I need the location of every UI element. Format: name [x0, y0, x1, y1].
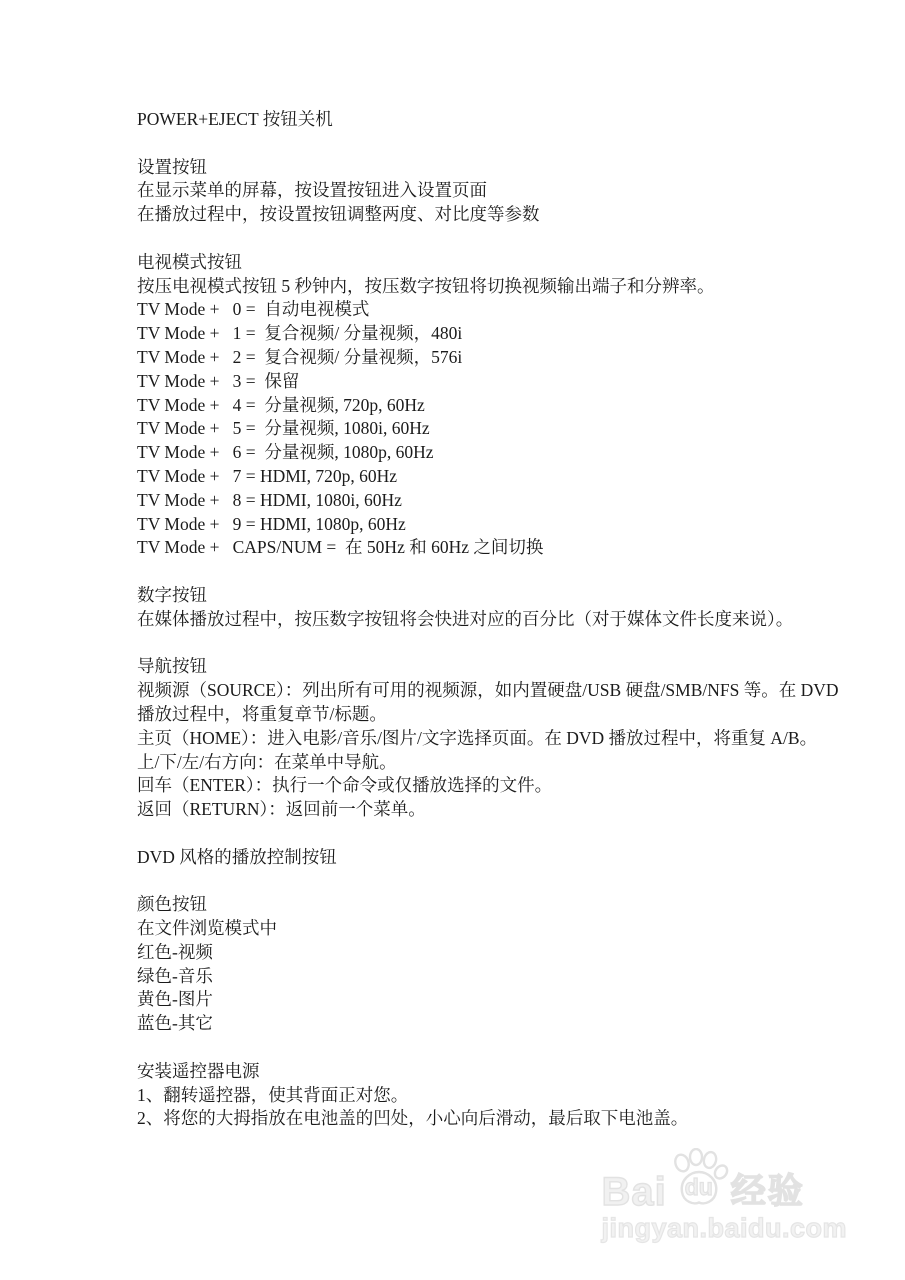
- text-line: 在显示菜单的屏幕，按设置按钮进入设置页面: [137, 179, 839, 203]
- text-line: POWER+EJECT 按钮关机: [137, 108, 839, 132]
- text-line: 电视模式按钮: [137, 251, 839, 275]
- text-line: TV Mode + 1 = 复合视频/ 分量视频，480i: [137, 322, 839, 346]
- watermark-bai-text: Bai: [601, 1174, 666, 1210]
- text-line: 绿色-音乐: [137, 965, 839, 989]
- text-line: TV Mode + 5 = 分量视频, 1080i, 60Hz: [137, 417, 839, 441]
- text-line: 在播放过程中，按设置按钮调整两度、对比度等参数: [137, 203, 839, 227]
- text-line: TV Mode + 4 = 分量视频, 720p, 60Hz: [137, 394, 839, 418]
- baidu-jingyan-watermark: Bai du 经验 jingyan.baidu.com: [601, 1148, 847, 1242]
- text-line: 蓝色-其它: [137, 1012, 839, 1036]
- document-body: POWER+EJECT 按钮关机设置按钮在显示菜单的屏幕，按设置按钮进入设置页面…: [137, 108, 839, 1131]
- text-line: 返回（RETURN）：返回前一个菜单。: [137, 798, 839, 822]
- text-line: 2、将您的大拇指放在电池盖的凹处，小心向后滑动，最后取下电池盖。: [137, 1107, 839, 1131]
- text-line: 黄色-图片: [137, 988, 839, 1012]
- blank-line: [137, 870, 839, 894]
- text-line: 安装遥控器电源: [137, 1060, 839, 1084]
- text-line: 数字按钮: [137, 584, 839, 608]
- text-line: TV Mode + 6 = 分量视频, 1080p, 60Hz: [137, 441, 839, 465]
- text-line: TV Mode + CAPS/NUM = 在 50Hz 和 60Hz 之间切换: [137, 536, 839, 560]
- blank-line: [137, 822, 839, 846]
- text-line: 设置按钮: [137, 156, 839, 180]
- text-line: 红色-视频: [137, 941, 839, 965]
- text-line: 上/下/左/右方向：在菜单中导航。: [137, 751, 839, 775]
- text-line: 导航按钮: [137, 655, 839, 679]
- text-line: 按压电视模式按钮 5 秒钟内，按压数字按钮将切换视频输出端子和分辨率。: [137, 275, 839, 299]
- watermark-logo-row: Bai du 经验: [601, 1148, 847, 1210]
- text-line: TV Mode + 2 = 复合视频/ 分量视频，576i: [137, 346, 839, 370]
- text-line: 在媒体播放过程中，按压数字按钮将会快进对应的百分比（对于媒体文件长度来说）。: [137, 608, 839, 632]
- text-line: 播放过程中，将重复章节/标题。: [137, 703, 839, 727]
- text-line: 视频源（SOURCE）：列出所有可用的视频源，如内置硬盘/USB 硬盘/SMB/…: [137, 679, 839, 703]
- watermark-du-text: du: [685, 1175, 713, 1199]
- page: POWER+EJECT 按钮关机设置按钮在显示菜单的屏幕，按设置按钮进入设置页面…: [0, 0, 905, 1280]
- blank-line: [137, 132, 839, 156]
- watermark-jingyan-text: 经验: [731, 1175, 805, 1209]
- blank-line: [137, 632, 839, 656]
- text-line: TV Mode + 9 = HDMI, 1080p, 60Hz: [137, 513, 839, 537]
- text-line: 1、翻转遥控器，使其背面正对您。: [137, 1084, 839, 1108]
- watermark-url: jingyan.baidu.com: [601, 1214, 847, 1242]
- text-line: DVD 风格的播放控制按钮: [137, 846, 839, 870]
- text-line: TV Mode + 3 = 保留: [137, 370, 839, 394]
- text-line: TV Mode + 7 = HDMI, 720p, 60Hz: [137, 465, 839, 489]
- text-line: 在文件浏览模式中: [137, 917, 839, 941]
- text-line: 主页（HOME）：进入电影/音乐/图片/文字选择页面。在 DVD 播放过程中，将…: [137, 727, 839, 751]
- text-line: 回车（ENTER）：执行一个命令或仅播放选择的文件。: [137, 774, 839, 798]
- blank-line: [137, 1036, 839, 1060]
- text-line: 颜色按钮: [137, 893, 839, 917]
- blank-line: [137, 227, 839, 251]
- text-line: TV Mode + 8 = HDMI, 1080i, 60Hz: [137, 489, 839, 513]
- blank-line: [137, 560, 839, 584]
- text-line: TV Mode + 0 = 自动电视模式: [137, 298, 839, 322]
- paw-icon: du: [668, 1148, 730, 1210]
